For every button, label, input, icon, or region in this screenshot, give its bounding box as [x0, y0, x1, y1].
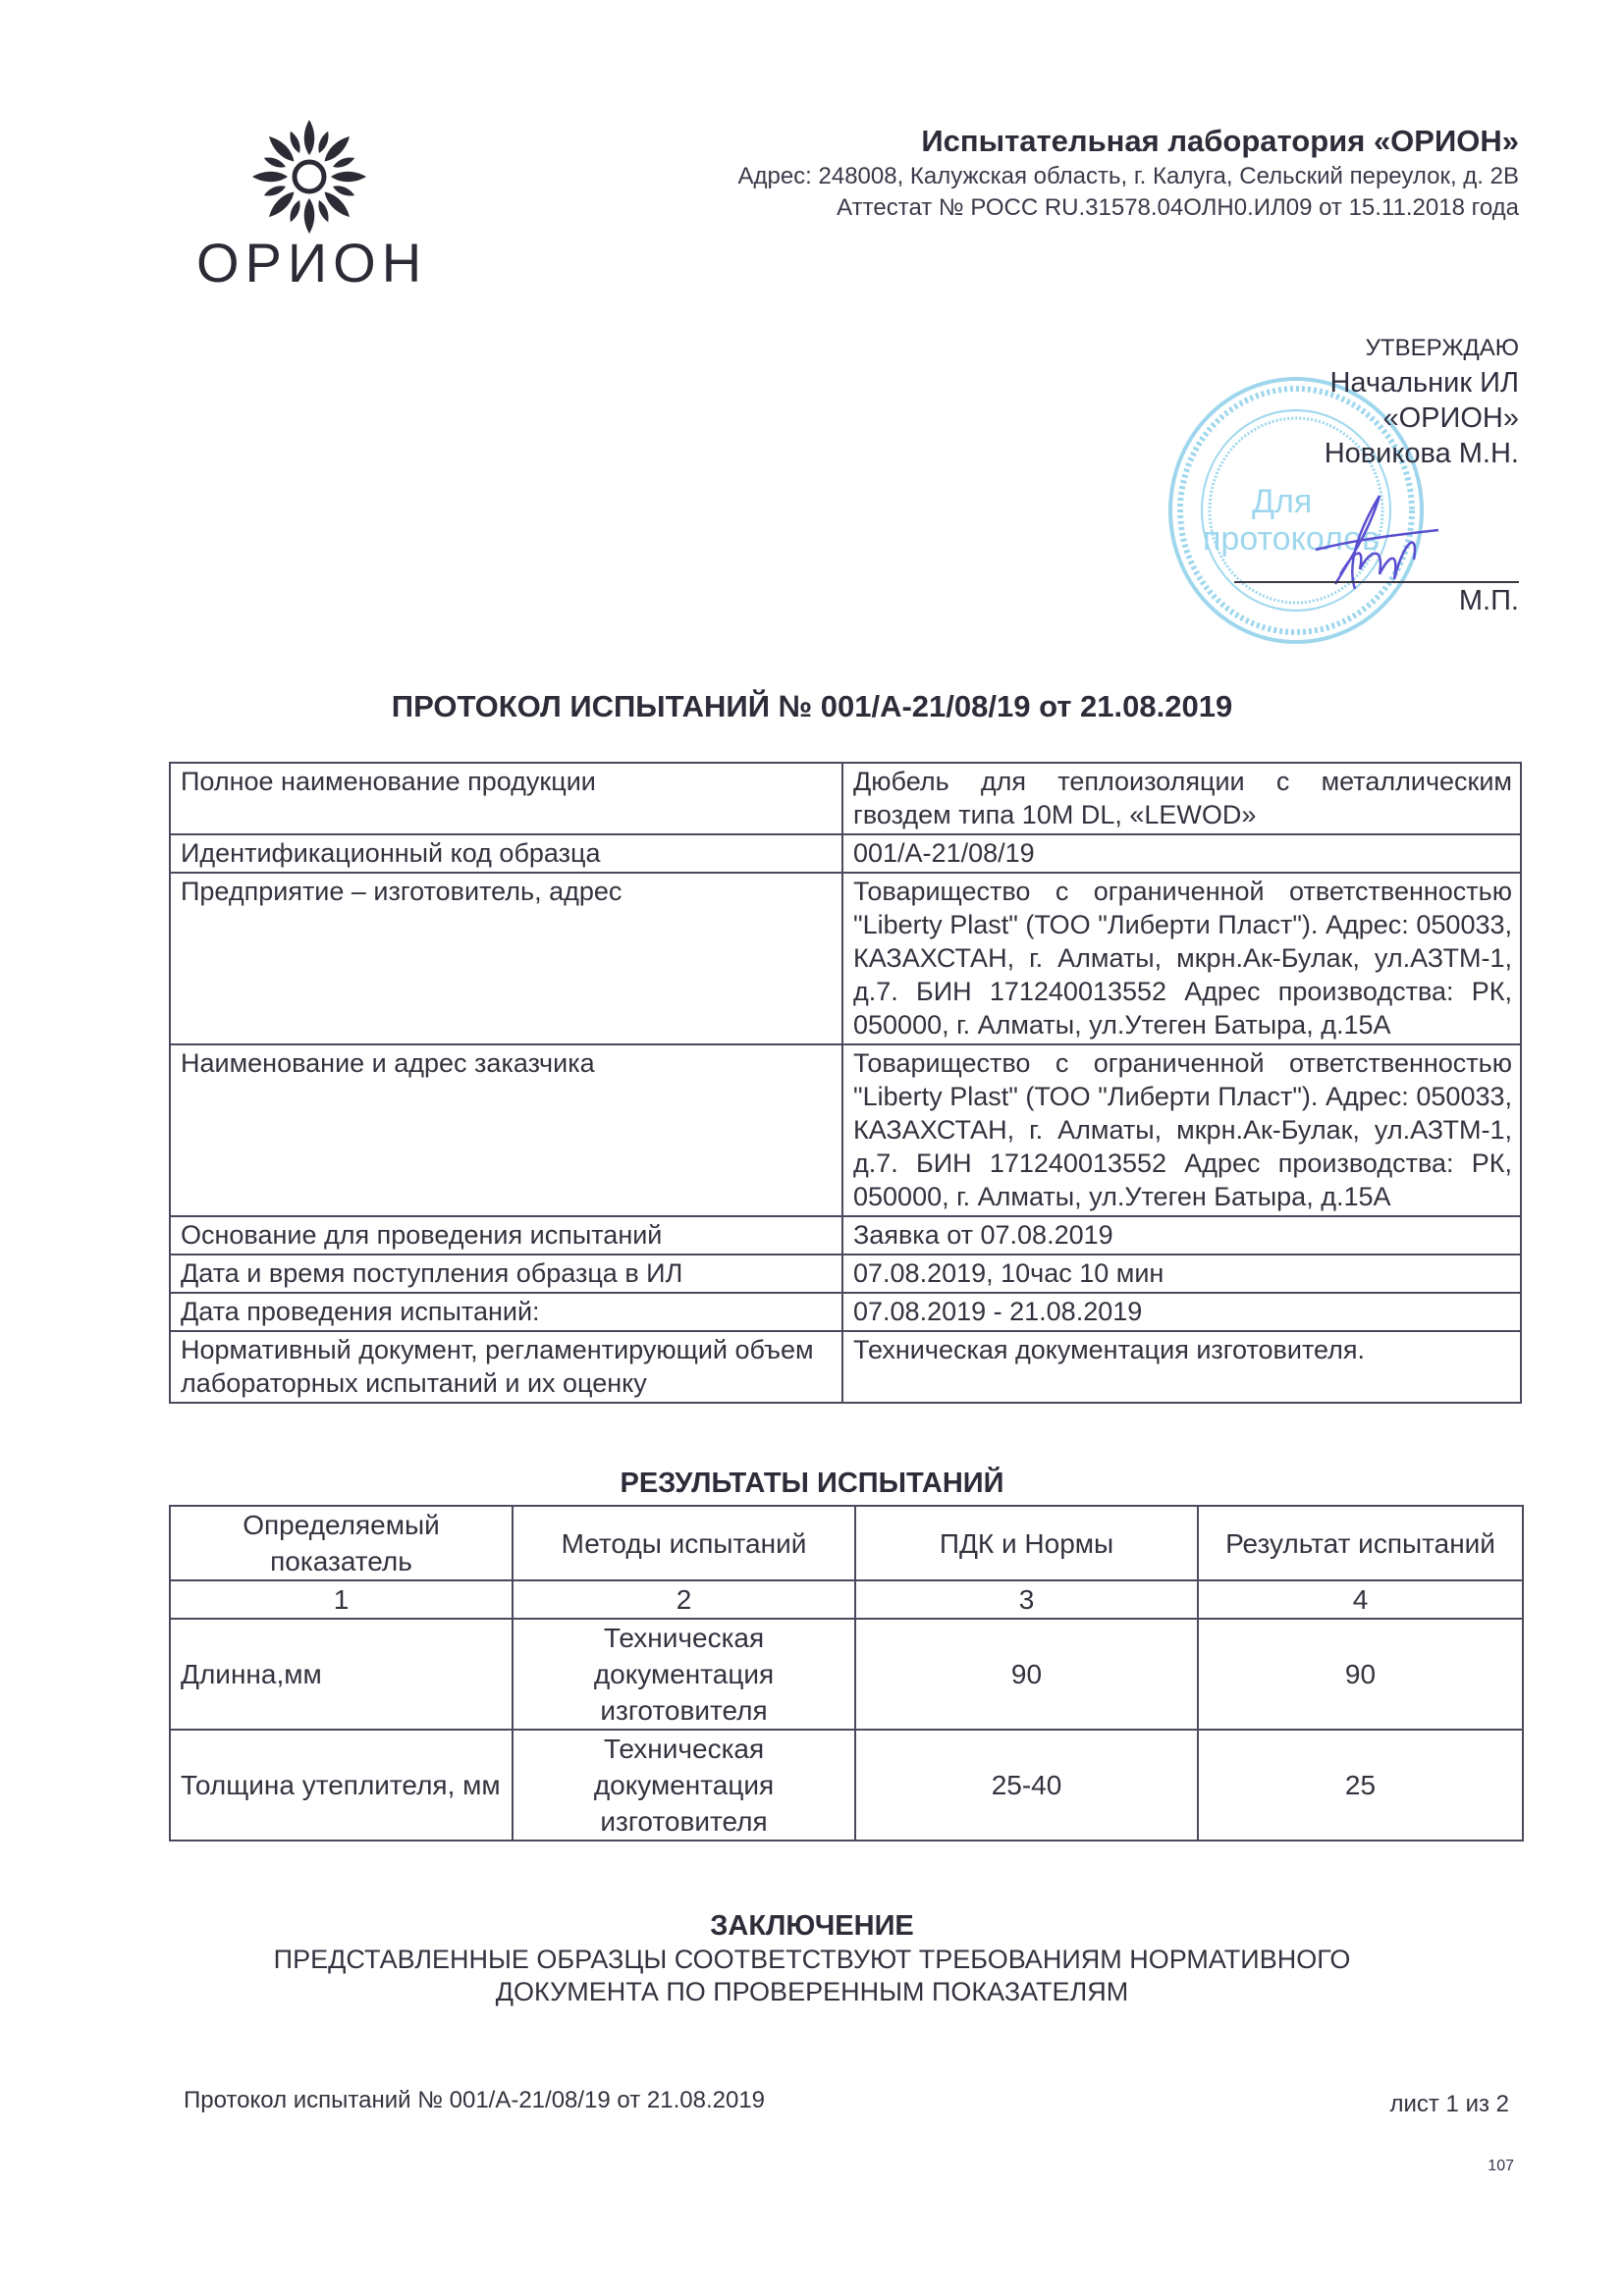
table-row: Предприятие – изготовитель, адресТоварищ… — [170, 873, 1521, 1044]
footer-sheet-number: лист 1 из 2 — [1389, 2091, 1509, 2118]
info-value: Товарищество с ограниченной ответственно… — [842, 1044, 1521, 1216]
result-cell: 25 — [1198, 1730, 1523, 1841]
conclusion-title: ЗАКЛЮЧЕНИЕ — [0, 1908, 1624, 1944]
header-norm: ПДК и Нормы — [855, 1506, 1198, 1580]
info-value: 07.08.2019, 10час 10 мин — [842, 1255, 1521, 1293]
sun-flower-icon — [250, 118, 368, 236]
info-value: 001/А-21/08/19 — [842, 834, 1521, 873]
results-column-numbers-row: 1 2 3 4 — [170, 1580, 1523, 1619]
logo-wordmark: ОРИОН — [196, 231, 422, 294]
info-value: Заявка от 07.08.2019 — [842, 1216, 1521, 1255]
footer-protocol-reference: Протокол испытаний № 001/А-21/08/19 от 2… — [184, 2087, 765, 2114]
info-value: Техническая документация изготовителя. — [842, 1331, 1521, 1403]
table-row: Идентификационный код образца001/А-21/08… — [170, 834, 1521, 873]
approver-organization: «ОРИОН» — [1107, 400, 1519, 436]
indicator-cell: Толщина утеплителя, мм — [170, 1730, 513, 1841]
results-header-row: Определяемый показатель Методы испытаний… — [170, 1506, 1523, 1580]
info-label: Дата и время поступления образца в ИЛ — [170, 1255, 842, 1293]
info-label: Дата проведения испытаний: — [170, 1293, 842, 1331]
header-result: Результат испытаний — [1198, 1506, 1523, 1580]
column-number: 3 — [855, 1580, 1198, 1619]
approve-word: УТВЕРЖДАЮ — [1107, 332, 1519, 365]
results-table: Определяемый показатель Методы испытаний… — [169, 1505, 1524, 1842]
header-indicator: Определяемый показатель — [170, 1506, 513, 1580]
info-label: Идентификационный код образца — [170, 834, 842, 873]
info-label: Предприятие – изготовитель, адрес — [170, 873, 842, 1044]
column-number: 1 — [170, 1580, 513, 1619]
sample-info-table: Полное наименование продукцииДюбель для … — [169, 762, 1522, 1404]
lab-name: Испытательная лаборатория «ОРИОН» — [737, 122, 1519, 161]
approval-block: УТВЕРЖДАЮ Начальник ИЛ «ОРИОН» Новикова … — [1107, 332, 1519, 471]
norm-cell: 25-40 — [855, 1730, 1198, 1841]
info-label: Основание для проведения испытаний — [170, 1216, 842, 1255]
page-number: 107 — [1488, 2158, 1514, 2175]
seal-place-label: М.П. — [1459, 583, 1519, 618]
table-row: Нормативный документ, регламентирующий о… — [170, 1331, 1521, 1403]
method-cell: Техническая документация изготовителя — [513, 1730, 855, 1841]
conclusion-text: ПРЕДСТАВЛЕННЫЕ ОБРАЗЦЫ СООТВЕТСТВУЮТ ТРЕ… — [198, 1944, 1426, 2008]
approver-position: Начальник ИЛ — [1107, 365, 1519, 400]
info-value: Товарищество с ограниченной ответственно… — [842, 873, 1521, 1044]
lab-logo: ОРИОН — [196, 118, 422, 294]
lab-certificate: Аттестат № РОСС RU.31578.04ОЛН0.ИЛ09 от … — [737, 192, 1519, 224]
lab-header: Испытательная лаборатория «ОРИОН» Адрес:… — [737, 122, 1519, 224]
table-row: Толщина утеплителя, мм Техническая докум… — [170, 1730, 1523, 1841]
column-number: 2 — [513, 1580, 855, 1619]
results-title: РЕЗУЛЬТАТЫ ИСПЫТАНИЙ — [0, 1468, 1624, 1500]
info-label: Нормативный документ, регламентирующий о… — [170, 1331, 842, 1403]
info-value: 07.08.2019 - 21.08.2019 — [842, 1293, 1521, 1331]
lab-address: Адрес: 248008, Калужская область, г. Кал… — [737, 161, 1519, 192]
table-row: Длинна,мм Техническая документация изгот… — [170, 1619, 1523, 1730]
table-row: Дата проведения испытаний:07.08.2019 - 2… — [170, 1293, 1521, 1331]
table-row: Дата и время поступления образца в ИЛ07.… — [170, 1255, 1521, 1293]
info-label: Наименование и адрес заказчика — [170, 1044, 842, 1216]
norm-cell: 90 — [855, 1619, 1198, 1730]
table-row: Основание для проведения испытанийЗаявка… — [170, 1216, 1521, 1255]
protocol-title: ПРОТОКОЛ ИСПЫТАНИЙ № 001/А-21/08/19 от 2… — [0, 689, 1624, 724]
method-cell: Техническая документация изготовителя — [513, 1619, 855, 1730]
column-number: 4 — [1198, 1580, 1523, 1619]
header-method: Методы испытаний — [513, 1506, 855, 1580]
table-row: Полное наименование продукцииДюбель для … — [170, 763, 1521, 834]
info-value: Дюбель для теплоизоляции с металлическим… — [842, 763, 1521, 834]
indicator-cell: Длинна,мм — [170, 1619, 513, 1730]
info-label: Полное наименование продукции — [170, 763, 842, 834]
table-row: Наименование и адрес заказчикаТоварищест… — [170, 1044, 1521, 1216]
conclusion-block: ЗАКЛЮЧЕНИЕ ПРЕДСТАВЛЕННЫЕ ОБРАЗЦЫ СООТВЕ… — [0, 1908, 1624, 2008]
result-cell: 90 — [1198, 1619, 1523, 1730]
approver-name: Новикова М.Н. — [1107, 436, 1519, 471]
